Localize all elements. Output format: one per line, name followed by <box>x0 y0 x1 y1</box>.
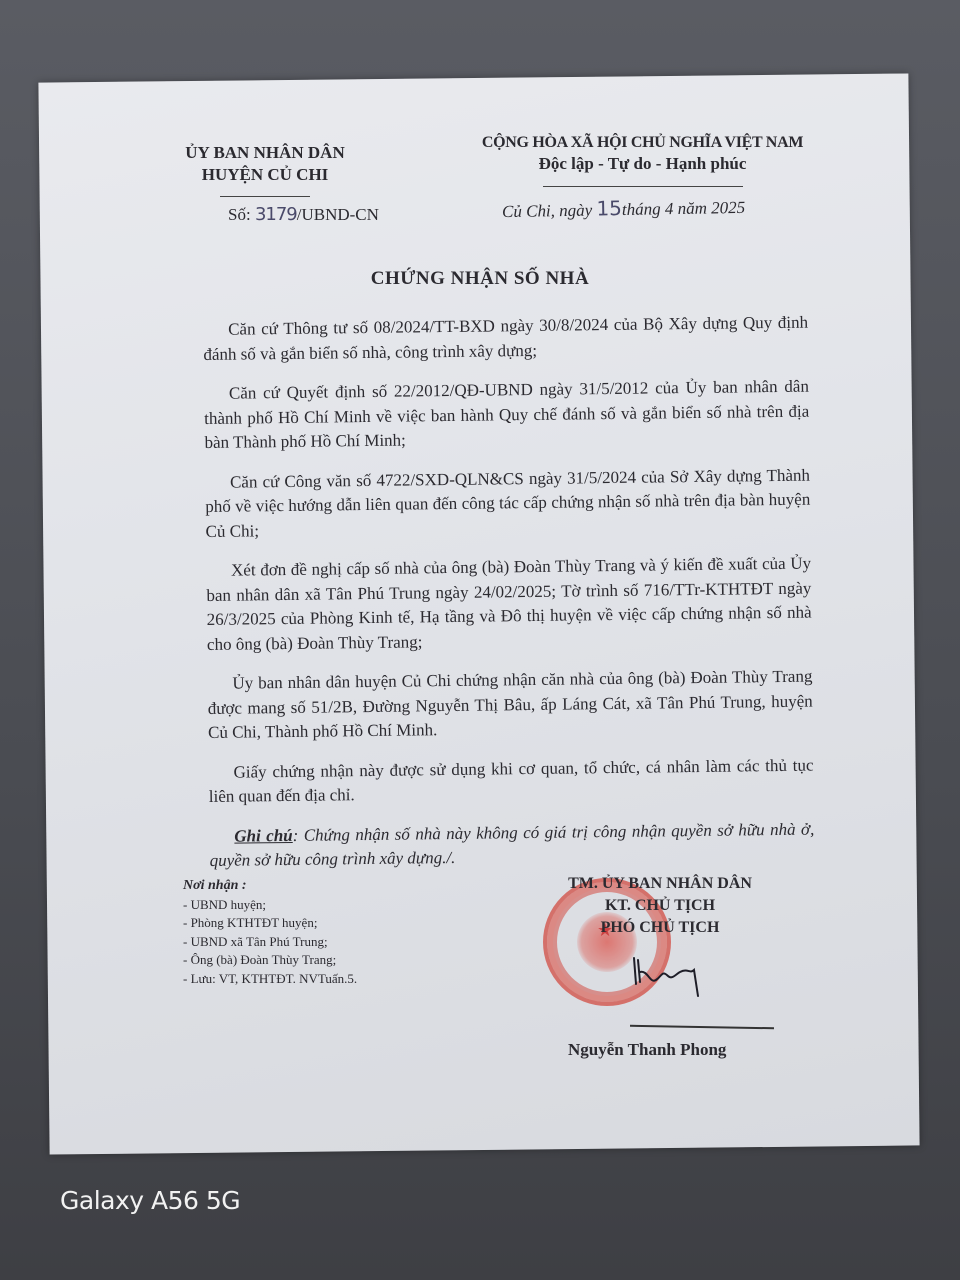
handwritten-signature-icon <box>628 950 718 1000</box>
recipient-item: - Lưu: VT, KTHTĐT. NVTuấn.5. <box>183 970 357 989</box>
note-label: Ghi chú <box>234 825 293 845</box>
recipient-item: - Ông (bà) Đoàn Thùy Trang; <box>183 951 357 970</box>
signature-block: TM. ỦY BAN NHÂN DÂN KT. CHỦ TỊCH PHÓ CHỦ… <box>540 873 780 939</box>
date-suffix: tháng 4 năm 2025 <box>622 198 746 219</box>
document-number: Số: 3179/UBND-CN <box>228 204 379 225</box>
paragraph: Căn cứ Quyết định số 22/2012/QĐ-UBND ngà… <box>204 375 810 456</box>
sign-line-2: KT. CHỦ TỊCH <box>540 895 780 917</box>
recipient-item: - UBND xã Tân Phú Trung; <box>183 933 357 952</box>
sign-line-1: TM. ỦY BAN NHÂN DÂN <box>540 873 780 895</box>
document-body: Căn cứ Thông tư số 08/2024/TT-BXD ngày 3… <box>203 311 815 889</box>
recipient-item: - Phòng KTHTĐT huyện; <box>183 914 357 933</box>
issue-date: Củ Chi, ngày 15tháng 4 năm 2025 <box>502 194 746 222</box>
paragraph: Xét đơn đề nghị cấp số nhà của ông (bà) … <box>206 552 812 657</box>
paragraph: Ủy ban nhân dân huyện Củ Chi chứng nhận … <box>207 665 813 746</box>
issuing-authority: ỦY BAN NHÂN DÂN HUYỆN CỦ CHI <box>175 142 355 205</box>
date-prefix: Củ Chi, ngày <box>502 201 593 222</box>
recipients-list: Nơi nhận : - UBND huyện; - Phòng KTHTĐT … <box>183 877 357 988</box>
national-header: CỘNG HÒA XÃ HỘI CHỦ NGHĨA VIỆT NAM Độc l… <box>470 134 815 187</box>
camera-watermark: Galaxy A56 5G <box>60 1186 240 1215</box>
signer-name: Nguyễn Thanh Phong <box>568 1040 726 1060</box>
note-text: : Chứng nhận số nhà này không có giá trị… <box>210 819 815 870</box>
paragraph: Căn cứ Thông tư số 08/2024/TT-BXD ngày 3… <box>203 311 809 367</box>
paragraph: Giấy chứng nhận này được sử dụng khi cơ … <box>208 753 814 809</box>
divider <box>543 186 743 187</box>
sign-line-3: PHÓ CHỦ TỊCH <box>540 917 780 939</box>
paragraph: Căn cứ Công văn số 4722/SXD-QLN&CS ngày … <box>205 463 811 544</box>
authority-line-1: ỦY BAN NHÂN DÂN <box>175 142 355 164</box>
motto: Độc lập - Tự do - Hạnh phúc <box>470 154 815 174</box>
country-name: CỘNG HÒA XÃ HỘI CHỦ NGHĨA VIỆT NAM <box>470 134 815 152</box>
recipients-heading: Nơi nhận : <box>183 877 357 896</box>
document-title: CHỨNG NHẬN SỐ NHÀ <box>0 268 960 290</box>
handwritten-day: 15 <box>596 196 622 220</box>
divider <box>220 196 310 197</box>
number-suffix: /UBND-CN <box>297 205 379 224</box>
handwritten-number: 3179 <box>255 204 297 225</box>
number-label: Số: <box>228 205 251 224</box>
authority-line-2: HUYỆN CỦ CHI <box>175 164 355 186</box>
note-paragraph: Ghi chú: Chứng nhận số nhà này không có … <box>209 817 815 873</box>
recipient-item: - UBND huyện; <box>183 896 357 915</box>
